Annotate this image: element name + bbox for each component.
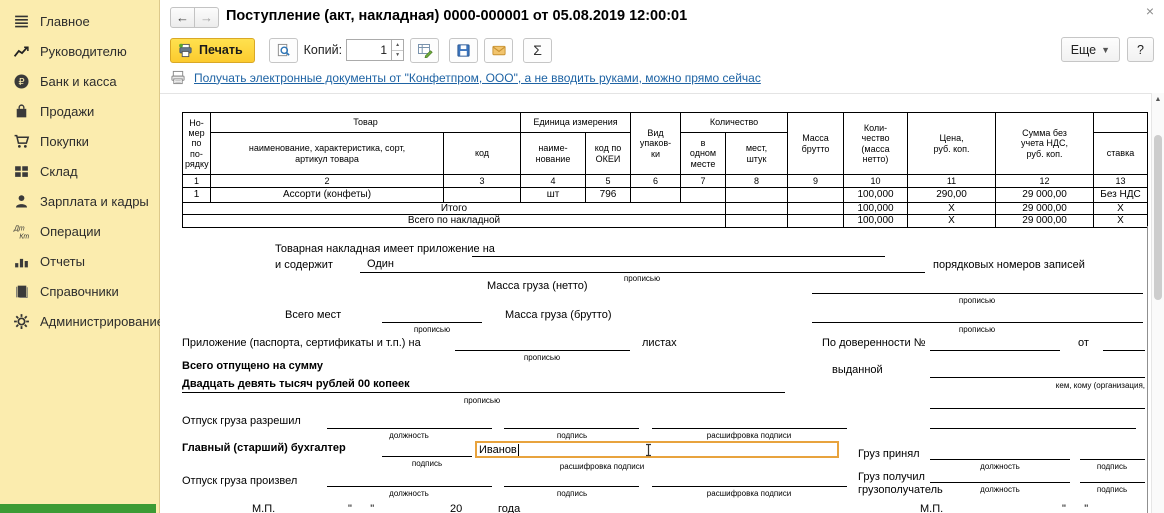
signature-label: подпись: [557, 489, 587, 498]
issued-label: выданной: [832, 364, 883, 376]
sidebar-item-bank-i-kassa[interactable]: ₽ Банк и касса: [0, 66, 159, 96]
cell-num: 1: [183, 188, 211, 203]
signature-label: подпись: [1097, 485, 1127, 494]
col-num: 9: [788, 175, 844, 188]
date-quotes: " ": [1062, 503, 1088, 513]
taskbar-strip: [0, 504, 156, 513]
gear-icon: [13, 313, 30, 330]
col-num: 13: [1094, 175, 1148, 188]
printer-icon: [178, 43, 193, 58]
sidebar-item-label: Отчеты: [40, 254, 85, 269]
text-caret: [518, 444, 519, 456]
floppy-icon: [456, 43, 471, 58]
mass-brutto-label: Масса груза (брутто): [505, 309, 612, 321]
grand-total-vat: X: [1094, 215, 1148, 227]
sidebar-item-label: Покупки: [40, 134, 89, 149]
total-label: Итого: [183, 203, 726, 215]
more-button[interactable]: Еще ▼: [1061, 37, 1120, 62]
col-num: 3: [444, 175, 521, 188]
book-icon: [13, 283, 30, 300]
person-icon: [13, 193, 30, 210]
amount-words-line: [182, 392, 785, 393]
grand-total-qty: 100,000: [844, 215, 908, 227]
grand-total-label: Всего по накладной: [183, 215, 726, 227]
signature-line: [327, 486, 492, 487]
col-header-pack: Вид упаков- ки: [631, 113, 681, 175]
signature-line: [504, 486, 639, 487]
sidebar-item-label: Склад: [40, 164, 78, 179]
cargo-received-label-2: грузополучатель: [858, 484, 943, 496]
sidebar-item-prodazhi[interactable]: Продажи: [0, 96, 159, 126]
col-header-qty: Количество: [681, 113, 788, 133]
table-row: 1 Ассорти (конфеты) шт 796 100,000 290,0…: [183, 188, 1148, 203]
sidebar-item-spravochniki[interactable]: Справочники: [0, 276, 159, 306]
sidebar-item-zarplata[interactable]: Зарплата и кадры: [0, 186, 159, 216]
signature-line: [1080, 459, 1145, 460]
cargo-accepted-label: Груз принял: [858, 448, 920, 460]
column-numbers-row: 1 2 3 4 5 6 7 8 9 10 11 12 13: [183, 175, 1148, 188]
in-words-label: прописью: [414, 325, 450, 334]
table-edit-icon: [417, 42, 433, 58]
records-suffix-label: порядковых номеров записей: [933, 259, 1085, 271]
sidebar-item-label: Операции: [40, 224, 101, 239]
more-button-label: Еще: [1071, 43, 1096, 57]
position-label: должность: [389, 489, 429, 498]
text-cursor-icon: [644, 443, 653, 462]
in-words-label: прописью: [524, 353, 560, 362]
sidebar-item-label: Справочники: [40, 284, 119, 299]
mp-label: М.П.: [920, 503, 943, 513]
cell-sum[interactable]: 29 000,00: [996, 188, 1094, 203]
signature-line: [652, 428, 847, 429]
page-title: Поступление (акт, накладная) 0000-000001…: [226, 8, 687, 24]
attachment-label: Приложение (паспорта, сертификаты и т.п.…: [182, 337, 421, 349]
date-quotes: " ": [348, 503, 374, 513]
col-header-num: Но- мер по по- рядку: [183, 113, 211, 175]
col-num: 2: [211, 175, 444, 188]
appendix-line: [472, 256, 885, 257]
close-icon[interactable]: ×: [1146, 3, 1154, 19]
total-places-label: Всего мест: [285, 309, 341, 321]
goods-table: Но- мер по по- рядку Товар Единица измер…: [182, 112, 1148, 228]
app-window: Главное Руководителю ₽ Банк и касса Прод…: [0, 0, 1164, 513]
signature-label: подпись: [557, 431, 587, 440]
signature-line: [1080, 482, 1145, 483]
signature-line: [652, 486, 847, 487]
separator: [160, 93, 1151, 94]
signature-line: [930, 482, 1070, 483]
signature-line: [327, 428, 492, 429]
total-qty: 100,000: [844, 203, 908, 215]
accountant-name-input[interactable]: Иванов: [475, 441, 839, 458]
cell-pack: [631, 188, 681, 203]
sidebar-item-label: Продажи: [40, 104, 94, 119]
total-empty: [788, 203, 844, 215]
col-num: 6: [631, 175, 681, 188]
cell-unit: шт: [521, 188, 586, 203]
col-header-vat-group: [1094, 113, 1148, 133]
cell-qty: 100,000: [844, 188, 908, 203]
copies-input[interactable]: 1: [346, 39, 392, 61]
chief-accountant-label: Главный (старший) бухгалтер: [182, 442, 346, 454]
spinner-down-icon[interactable]: ▼: [392, 50, 403, 61]
mass-brutto-line: [812, 322, 1143, 323]
signature-line: [382, 456, 472, 457]
contains-value: Один: [367, 258, 394, 270]
proxy-number-line: [930, 350, 1060, 351]
date-20-label: 20: [450, 503, 462, 513]
total-empty: [788, 215, 844, 227]
sidebar: Главное Руководителю ₽ Банк и касса Прод…: [0, 0, 160, 513]
release-allowed-label: Отпуск груза разрешил: [182, 415, 301, 427]
col-num: 10: [844, 175, 908, 188]
sidebar-item-label: Администрирование: [40, 314, 164, 329]
torg12-print-form: Но- мер по по- рядку Товар Единица измер…: [182, 112, 1149, 513]
signature-line: [930, 459, 1070, 460]
total-amount-label: Всего отпущено на сумму: [182, 360, 323, 372]
col-header-vat-rate: ставка: [1094, 133, 1148, 175]
grand-total-price: X: [908, 215, 996, 227]
sidebar-item-administrirovanie[interactable]: Администрирование: [0, 306, 159, 336]
grid-icon: [13, 163, 30, 180]
dtkt-icon: ДтКт: [13, 223, 30, 240]
total-places-line: [382, 322, 482, 323]
sidebar-item-glavnoe[interactable]: Главное: [0, 6, 159, 36]
bar-chart-icon: [13, 253, 30, 270]
bag-icon: [13, 103, 30, 120]
position-label: должность: [389, 431, 429, 440]
vertical-scrollbar: ▲: [1151, 93, 1164, 513]
spinner-up-icon[interactable]: ▲: [392, 40, 403, 50]
sidebar-item-label: Банк и касса: [40, 74, 117, 89]
col-header-price: Цена, руб. коп.: [908, 113, 996, 175]
col-num: 8: [726, 175, 788, 188]
sum-button[interactable]: Σ: [523, 38, 552, 63]
edo-banner: Получать электронные документы от "Конфе…: [170, 70, 761, 85]
email-button[interactable]: [484, 38, 513, 63]
toolbar-right: Еще ▼ ?: [1061, 37, 1154, 62]
grand-total-sum: 29 000,00: [996, 215, 1094, 227]
col-header-unit-name: наиме- нование: [521, 133, 586, 175]
forward-button[interactable]: →: [194, 7, 219, 28]
date-goda-label: года: [498, 503, 520, 513]
in-words-label: прописью: [959, 296, 995, 305]
by-proxy-label: По доверенности №: [822, 337, 926, 349]
and-contains-label: и содержит: [275, 259, 333, 271]
col-header-netto: Коли- чество (масса нетто): [844, 113, 908, 175]
mp-label: М.П.: [252, 503, 275, 513]
signature-full-label: расшифровка подписи: [560, 462, 644, 471]
form-page-edge: [1147, 226, 1148, 513]
col-header-brutto: Масса брутто: [788, 113, 844, 175]
sidebar-item-label: Руководителю: [40, 44, 127, 59]
svg-text:₽: ₽: [18, 77, 24, 88]
position-label: должность: [980, 485, 1020, 494]
help-button[interactable]: ?: [1127, 37, 1154, 62]
cell-okei: 796: [586, 188, 631, 203]
copies-spinner: ▲ ▼: [392, 39, 404, 61]
total-vat: X: [1094, 203, 1148, 215]
in-words-label: прописью: [624, 274, 660, 283]
svg-text:Кт: Кт: [19, 233, 29, 240]
total-price: X: [908, 203, 996, 215]
sidebar-item-operacii[interactable]: ДтКт Операции: [0, 216, 159, 246]
envelope-icon: [491, 43, 507, 58]
toolbar: Печать Копий: 1 ▲ ▼: [170, 37, 552, 63]
issued-line-1: [930, 377, 1145, 378]
appendix-label: Товарная накладная имеет приложение на: [275, 243, 495, 255]
contains-line: [360, 272, 925, 273]
col-header-name: наименование, характеристика, сорт, арти…: [211, 133, 444, 175]
back-button[interactable]: ←: [170, 7, 195, 28]
sidebar-item-label: Зарплата и кадры: [40, 194, 149, 209]
position-label: должность: [980, 462, 1020, 471]
menu-icon: [13, 13, 30, 30]
save-button[interactable]: [449, 38, 478, 63]
signature-full-label: расшифровка подписи: [707, 431, 791, 440]
total-empty: [726, 215, 788, 227]
edo-document-icon: [170, 70, 186, 85]
scrollbar-thumb[interactable]: [1154, 135, 1162, 300]
mass-netto-line: [812, 293, 1143, 294]
total-row: Итого 100,000 X 29 000,00 X: [183, 203, 1148, 215]
accountant-name-value: Иванов: [479, 444, 517, 456]
issued-line-3: [930, 428, 1136, 429]
signature-label: подпись: [1097, 462, 1127, 471]
sidebar-item-rukovoditelyu[interactable]: Руководителю: [0, 36, 159, 66]
col-num: 1: [183, 175, 211, 188]
total-amount-words: Двадцать девять тысяч рублей 00 копеек: [182, 378, 410, 390]
grand-total-row: Всего по накладной 100,000 X 29 000,00 X: [183, 215, 1148, 227]
ruble-circle-icon: ₽: [13, 73, 30, 90]
edo-link[interactable]: Получать электронные документы от "Конфе…: [194, 71, 761, 85]
sidebar-item-label: Главное: [40, 14, 90, 29]
cell-price: 290,00: [908, 188, 996, 203]
total-sum: 29 000,00: [996, 203, 1094, 215]
col-num: 11: [908, 175, 996, 188]
svg-text:Дт: Дт: [13, 225, 25, 232]
issued-by-label: кем, кому (организация,: [1056, 381, 1145, 390]
sidebar-item-otchety[interactable]: Отчеты: [0, 246, 159, 276]
signature-label: подпись: [412, 459, 442, 468]
col-num: 12: [996, 175, 1094, 188]
col-header-tovar: Товар: [211, 113, 521, 133]
main-area: ← → Поступление (акт, накладная) 0000-00…: [160, 0, 1164, 513]
col-num: 4: [521, 175, 586, 188]
preview-icon: [276, 43, 291, 58]
col-header-unit: Единица измерения: [521, 113, 631, 133]
total-empty: [726, 203, 788, 215]
chevron-down-icon: ▼: [1101, 45, 1110, 55]
preview-button[interactable]: [269, 38, 298, 63]
cart-icon: [13, 133, 30, 150]
signature-full-label: расшифровка подписи: [707, 489, 791, 498]
mass-netto-label: Масса груза (нетто): [487, 280, 588, 292]
col-header-places: мест, штук: [726, 133, 788, 175]
cell-places: [726, 188, 788, 203]
edit-table-button[interactable]: [410, 38, 439, 63]
cell-in-place: [681, 188, 726, 203]
proxy-from-label: от: [1078, 337, 1089, 349]
col-num: 5: [586, 175, 631, 188]
copies-label: Копий:: [304, 43, 342, 57]
print-button-label: Печать: [199, 43, 243, 57]
print-button[interactable]: Печать: [170, 38, 255, 63]
cell-vat: Без НДС: [1094, 188, 1148, 203]
col-num: 7: [681, 175, 726, 188]
sidebar-item-pokupki[interactable]: Покупки: [0, 126, 159, 156]
col-header-code: код: [444, 133, 521, 175]
col-header-okei: код по ОКЕИ: [586, 133, 631, 175]
cell-brutto: [788, 188, 844, 203]
cargo-received-label-1: Груз получил: [858, 471, 925, 483]
release-made-label: Отпуск груза произвел: [182, 475, 297, 487]
col-header-in-place: в одном месте: [681, 133, 726, 175]
sheets-label: листах: [642, 337, 677, 349]
scroll-up-icon[interactable]: ▲: [1152, 96, 1164, 103]
trend-chart-icon: [13, 43, 30, 60]
col-header-sum: Сумма без учета НДС, руб. коп.: [996, 113, 1094, 175]
navigation-buttons: ← →: [170, 7, 219, 28]
sidebar-item-sklad[interactable]: Склад: [0, 156, 159, 186]
cell-name: Ассорти (конфеты): [211, 188, 444, 203]
in-words-label: прописью: [464, 396, 500, 405]
attachment-line: [455, 350, 630, 351]
issued-line-2: [930, 408, 1145, 409]
proxy-date-line: [1103, 350, 1145, 351]
signature-line: [504, 428, 639, 429]
cell-code[interactable]: [444, 188, 521, 203]
in-words-label: прописью: [959, 325, 995, 334]
